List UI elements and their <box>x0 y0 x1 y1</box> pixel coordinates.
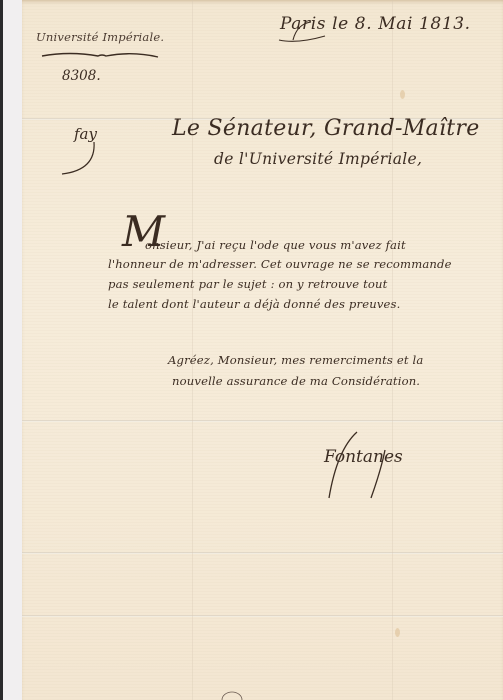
body-line: l'honneur de m'adresser. Cet ouvrage ne … <box>108 257 452 271</box>
letterhead: Université Impériale. <box>36 30 164 44</box>
sender-title: Le Sénateur, Grand-Maître <box>172 116 480 141</box>
closing-line: nouvelle assurance de ma Considération. <box>172 374 420 388</box>
bottom-ink-fragment <box>202 690 262 700</box>
signature-flourish <box>327 430 387 500</box>
fold-line <box>22 420 503 422</box>
fold-line <box>392 0 393 700</box>
date-flourish <box>277 20 327 44</box>
reference-number: 8308. <box>62 68 101 84</box>
fold-line <box>192 0 193 700</box>
fold-line <box>22 552 503 554</box>
sender-institution: de l'Université Impériale, <box>214 150 422 168</box>
fold-line <box>22 615 503 617</box>
letterhead-flourish <box>40 51 160 61</box>
scan-margin <box>3 0 22 700</box>
closing-line: Agréez, Monsieur, mes remerciments et la <box>168 353 423 367</box>
body-line: onsieur, J'ai reçu l'ode que vous m'avez… <box>145 238 406 252</box>
margin-mark-stroke <box>58 140 98 180</box>
paper-stain <box>400 90 405 99</box>
paper-stain <box>395 628 400 637</box>
letter-page: Université Impériale. 8308. fay Paris le… <box>22 0 503 700</box>
body-line: le talent dont l'auteur a déjà donné des… <box>108 297 400 311</box>
body-line: pas seulement par le sujet : on y retrou… <box>108 277 387 291</box>
